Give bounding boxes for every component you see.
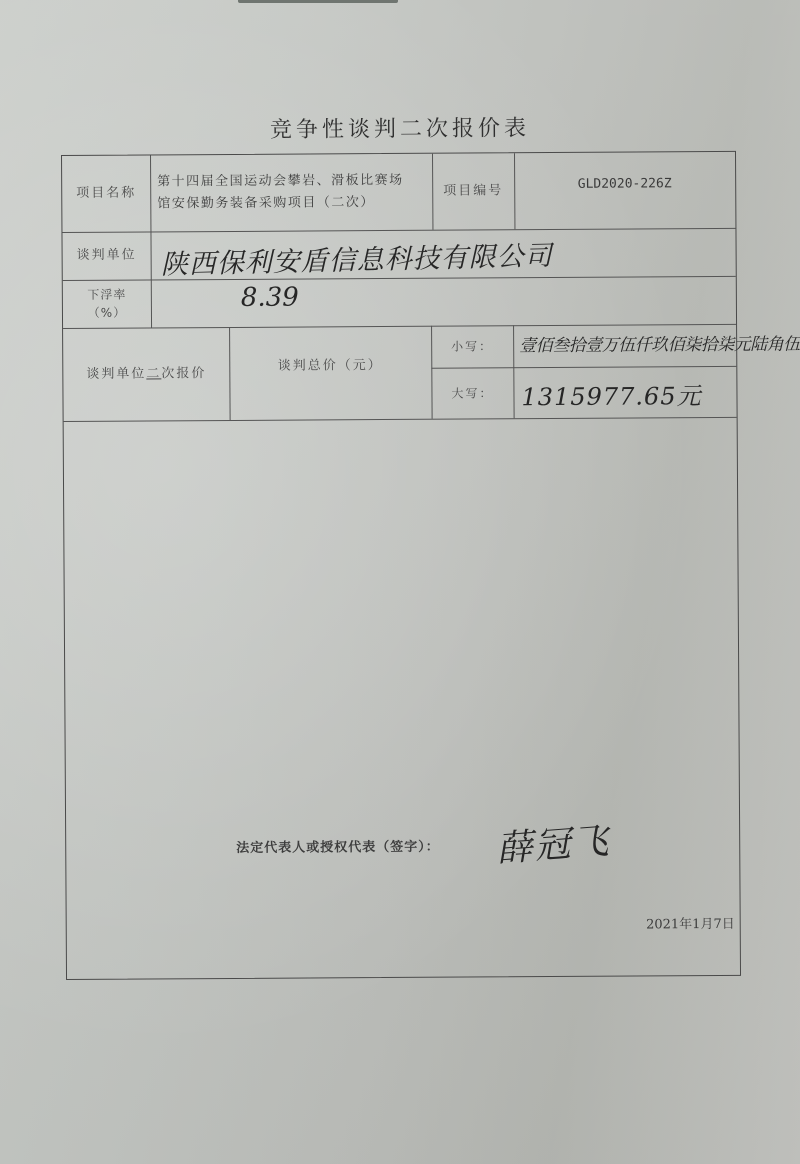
second-quote-label-underlined: 二 <box>146 364 161 384</box>
uppercase-label: 大写： <box>431 367 513 418</box>
lowercase-amount-handwritten: 壹佰叁拾壹万伍仟玖佰柒拾柒元陆角伍分 <box>519 329 800 356</box>
second-quote-label-suffix: 次报价 <box>161 364 206 384</box>
signature-handwritten: 薛冠飞 <box>494 813 612 873</box>
page-top-edge <box>238 0 398 3</box>
project-number-value: GLD2020-226Z <box>514 176 735 192</box>
row-divider <box>62 228 735 233</box>
discount-rate-handwritten: 8.39 <box>241 283 299 313</box>
project-name-label: 项目名称 <box>62 155 150 232</box>
project-number-label: 项目编号 <box>432 153 514 229</box>
second-quote-label: 谈判单位二次报价 <box>63 327 230 421</box>
discount-rate-label: 下浮率 （%） <box>63 279 151 328</box>
second-quote-label-prefix: 谈判单位 <box>86 364 146 384</box>
quote-form-table: 项目名称 第十四届全国运动会攀岩、滑板比赛场 馆安保勤务装备采购项目（二次） 项… <box>61 151 741 980</box>
total-price-label: 谈判总价（元） <box>229 326 431 407</box>
document-title: 竞争性谈判二次报价表 <box>0 109 800 146</box>
document-date: 2021年1月7日 <box>627 914 735 937</box>
negotiating-unit-label: 谈判单位 <box>62 231 150 280</box>
discount-rate-label-line1: 下浮率 <box>87 286 126 304</box>
negotiating-unit-handwritten: 陕西保利安盾信息科技有限公司 <box>160 234 553 282</box>
project-name-line1: 第十四届全国运动会攀岩、滑板比赛场 <box>157 170 432 194</box>
lowercase-label: 小写： <box>431 325 513 368</box>
discount-rate-label-line2: （%） <box>88 304 127 322</box>
uppercase-amount-handwritten: 1315977.65元 <box>521 376 701 412</box>
project-name-line2: 馆安保勤务装备采购项目（二次） <box>157 192 432 216</box>
signature-label: 法定代表人或授权代表（签字）： <box>236 837 440 860</box>
